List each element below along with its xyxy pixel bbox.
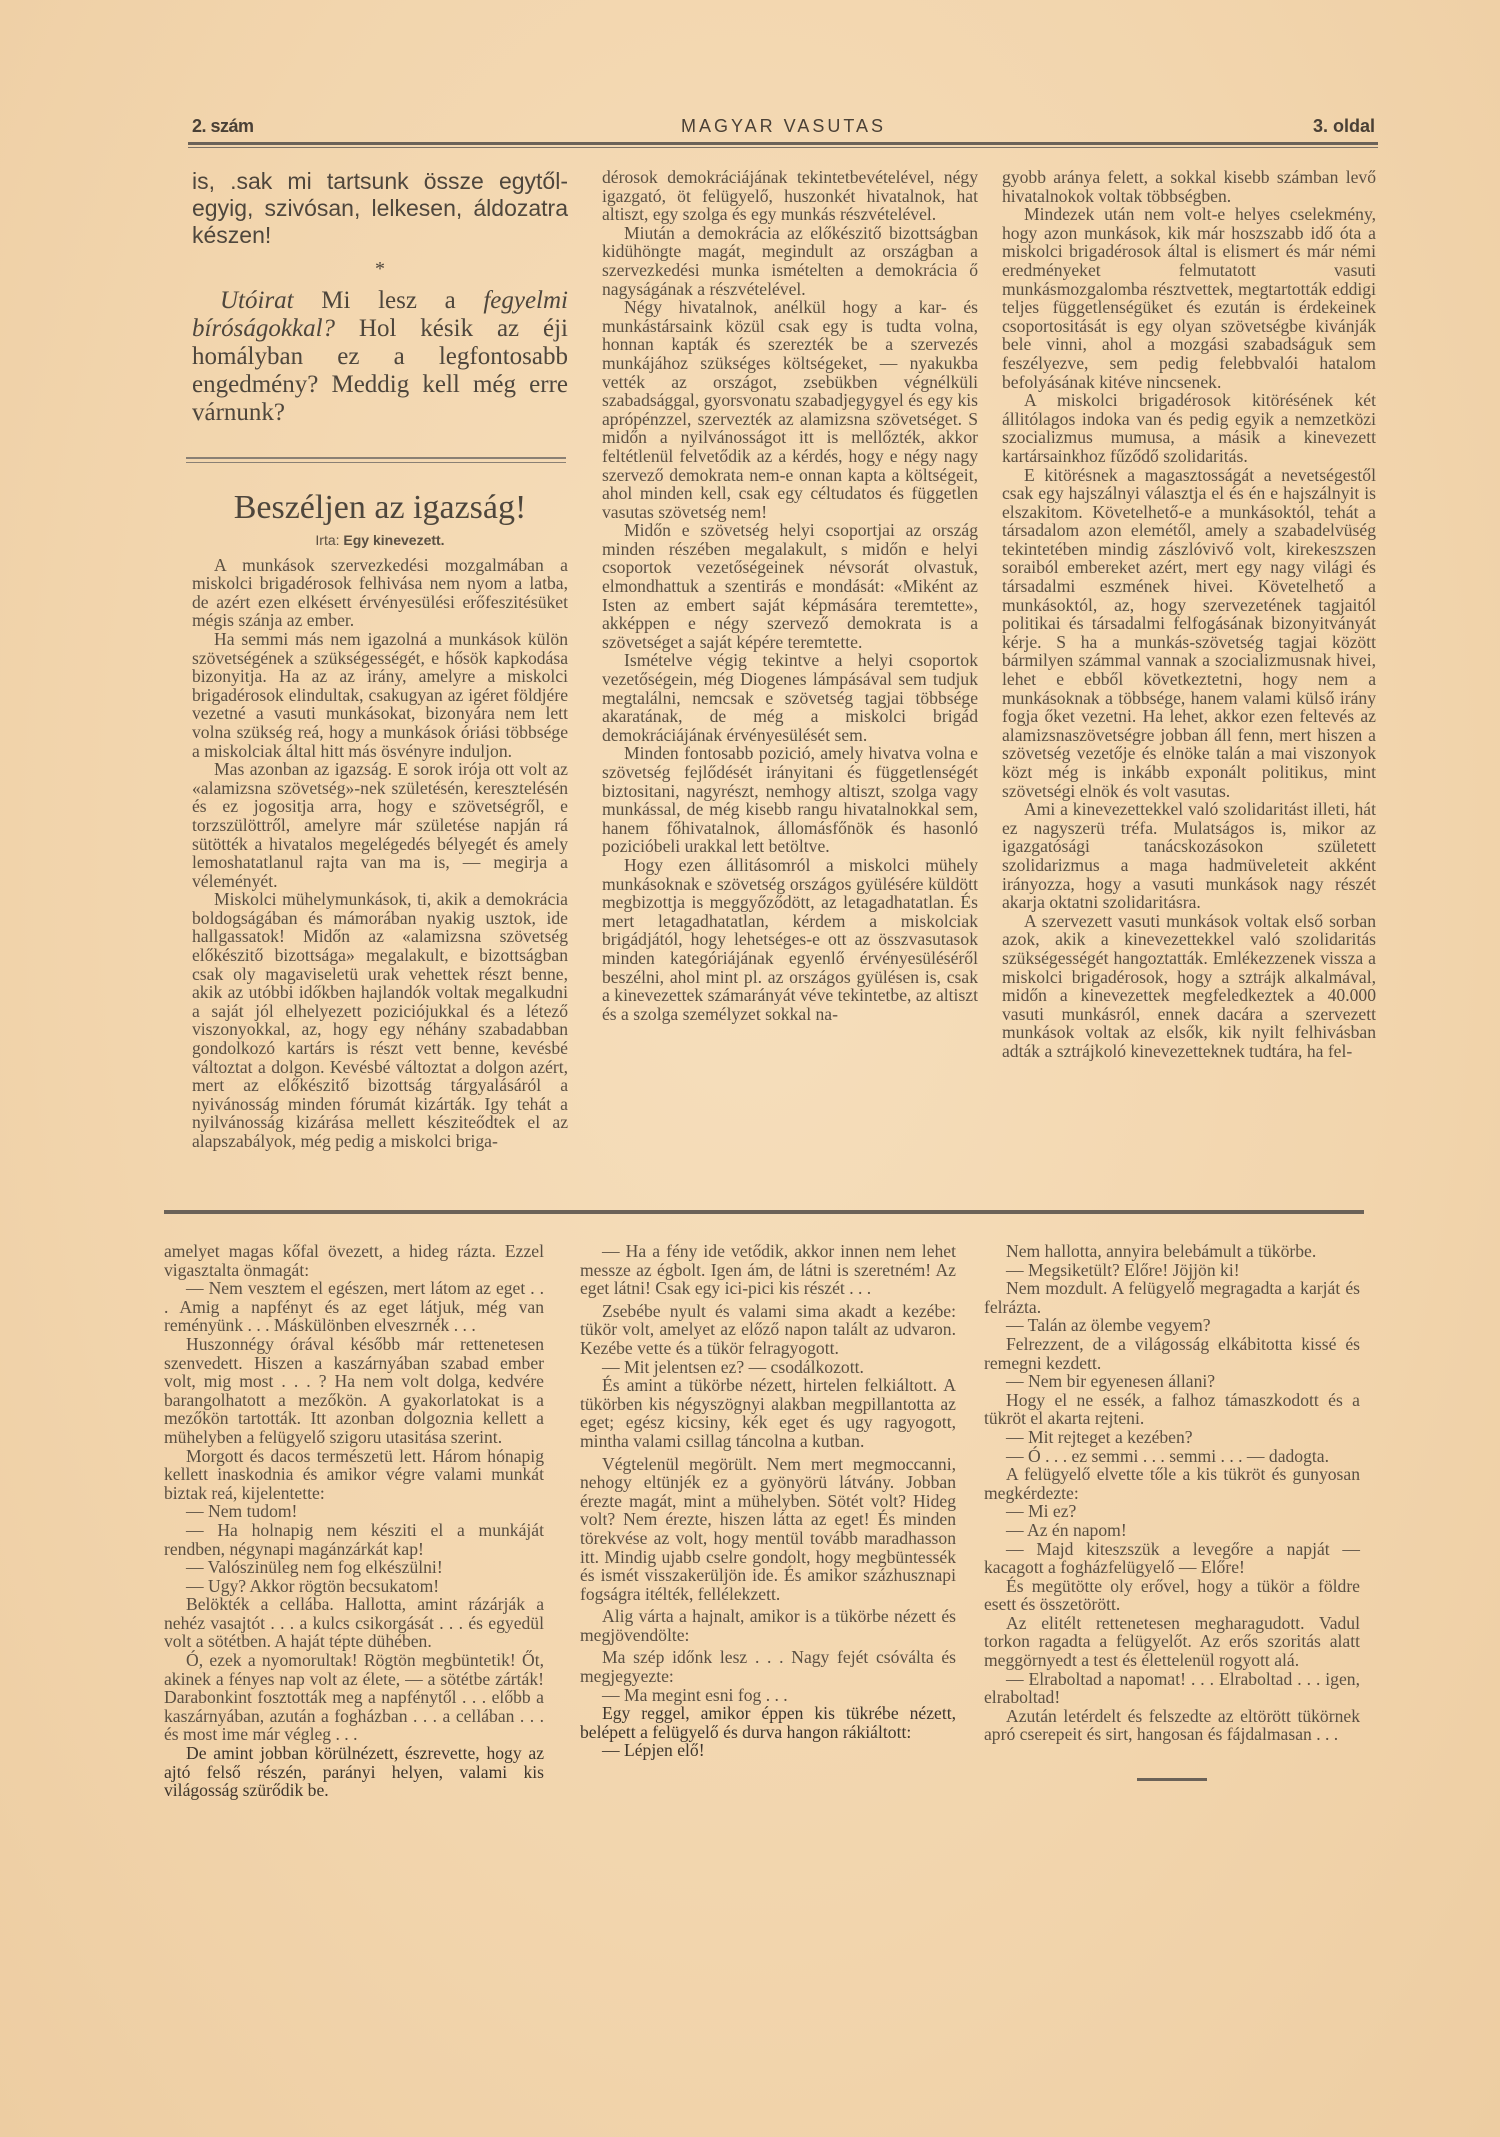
page-number: 3. oldal <box>1313 116 1375 137</box>
story-paragraph: — Mit rejteget a kezében? <box>984 1428 1360 1447</box>
story-paragraph: Nem hallotta, annyira belebámult a tükör… <box>984 1242 1360 1261</box>
paragraph: A munkások szervezkedési mozgalmában a m… <box>192 556 568 630</box>
story-paragraph: — Ma megint esni fog . . . <box>580 1686 956 1705</box>
story-paragraph: — Nem tudom! <box>164 1502 544 1521</box>
story-paragraph: Hogy el ne essék, a falhoz támaszkodott … <box>984 1391 1360 1428</box>
story-paragraph: — Talán az ölembe vegyem? <box>984 1316 1360 1335</box>
postscript-label: Utóirat <box>220 287 294 314</box>
paragraph: Minden fontosabb pozició, amely hivatva … <box>602 744 978 856</box>
byline-author: Egy kinevezett. <box>343 532 444 548</box>
story-paragraph: Egy reggel, amikor éppen kis tükrébe néz… <box>580 1704 956 1741</box>
paragraph: Midőn e szövetség helyi csoportjai az or… <box>602 521 978 651</box>
paragraph: gyobb aránya felett, a sokkal kisebb szá… <box>1002 168 1376 205</box>
story-paragraph: Azután letérdelt és felszedte az eltöröt… <box>984 1707 1360 1744</box>
story-paragraph: Végtelenül megörült. Nem mert megmoccann… <box>580 1455 956 1604</box>
story-column-1: amelyet magas kőfal övezett, a hideg ráz… <box>164 1242 544 1800</box>
byline: Irta: Egy kinevezett. <box>192 531 568 550</box>
previous-article-ending: is, .sak mi tartsunk össze egytől-egyig,… <box>192 168 568 427</box>
story-paragraph: — Nem bir egyenesen állani? <box>984 1372 1360 1391</box>
story-paragraph: — Mit jelentsen ez? — csodálkozott. <box>580 1358 956 1377</box>
story-paragraph: — Mi ez? <box>984 1502 1360 1521</box>
paragraph: E kitörésnek a magasztosságát a nevetség… <box>1002 466 1376 801</box>
story-paragraph: — Az én napom! <box>984 1521 1360 1540</box>
header-rule <box>188 142 1378 148</box>
story-paragraph: Az elitélt rettenetesen megharagudott. V… <box>984 1614 1360 1670</box>
article-body-col1: A munkások szervezkedési mozgalmában a m… <box>192 556 568 1151</box>
column-3: gyobb aránya felett, a sokkal kisebb szá… <box>1002 168 1376 1061</box>
paragraph: Hogy ezen állitásomról a miskolci mühely… <box>602 856 978 1023</box>
column-1: is, .sak mi tartsunk össze egytől-egyig,… <box>192 168 568 1151</box>
story-paragraph: Huszonnégy órával később már rettenetese… <box>164 1335 544 1447</box>
story-paragraph: — Majd kiteszszük a levegőre a napját — … <box>984 1540 1360 1577</box>
paragraph: A szervezett vasuti munkások voltak első… <box>1002 912 1376 1061</box>
story-paragraph: Ma szép időnk lesz . . . Nagy fejét csóv… <box>580 1648 956 1685</box>
paragraph: Négy hivatalnok, anélkül hogy a kar- és … <box>602 298 978 521</box>
running-header: 2. szám MAGYAR VASUTAS 3. oldal <box>192 116 1375 142</box>
story-paragraph: Belökték a cellába. Hallotta, amint rázá… <box>164 1595 544 1651</box>
story-paragraph: — Valószinüleg nem fog elkészülni! <box>164 1558 544 1577</box>
end-rule <box>1137 1778 1207 1781</box>
paragraph: A miskolci brigadérosok kitörésének két … <box>1002 391 1376 465</box>
story-paragraph: — Ó . . . ez semmi . . . semmi . . . — d… <box>984 1447 1360 1466</box>
story-paragraph: — Ugy? Akkor rögtön becsukatom! <box>164 1577 544 1596</box>
story-column-3: Nem hallotta, annyira belebámult a tükör… <box>984 1242 1360 1781</box>
column-2: dérosok demokráciájának tekintetbevételé… <box>602 168 978 1023</box>
story-paragraph: Morgott és dacos természetü lett. Három … <box>164 1447 544 1503</box>
byline-prefix: Irta: <box>315 532 339 548</box>
article-title: Beszéljen az igazság! <box>192 489 568 527</box>
paragraph: Mindezek után nem volt-e helyes cselekmé… <box>1002 205 1376 391</box>
story-paragraph: — Elraboltad a napomat! . . . Elraboltad… <box>984 1670 1360 1707</box>
story-paragraph: Zsebébe nyult és valami sima akadt a kez… <box>580 1302 956 1358</box>
story-paragraph: — Ha a fény ide vetődik, akkor innen nem… <box>580 1242 956 1298</box>
closing-lines: is, .sak mi tartsunk össze egytől-egyig,… <box>192 168 568 249</box>
story-paragraph: Nem mozdult. A felügyelő megragadta a ka… <box>984 1279 1360 1316</box>
story-paragraph: Alig várta a hajnalt, amikor is a tükörb… <box>580 1607 956 1644</box>
postscript: Utóirat Mi lesz a fegyelmi bíróságokkal?… <box>192 287 568 427</box>
story-paragraph: A felügyelő elvette tőle a kis tükröt és… <box>984 1465 1360 1502</box>
feuilleton-rule <box>164 1210 1364 1215</box>
story-paragraph: De amint jobban körülnézett, észrevette,… <box>164 1744 544 1800</box>
paragraph: Ismételve végig tekintve a helyi csoport… <box>602 651 978 744</box>
paragraph: Ha semmi más nem igazolná a munkások kül… <box>192 630 568 760</box>
story-paragraph: — Megsiketült? Előre! Jöjjön ki! <box>984 1261 1360 1280</box>
asterism-icon: * <box>192 255 568 283</box>
paragraph: dérosok demokráciájának tekintetbevételé… <box>602 168 978 224</box>
paragraph: Miskolci mühelymunkások, ti, akik a demo… <box>192 890 568 1150</box>
story-paragraph: amelyet magas kőfal övezett, a hideg ráz… <box>164 1242 544 1279</box>
masthead-title: MAGYAR VASUTAS <box>192 116 1375 137</box>
story-paragraph: És amint a tükörbe nézett, hirtelen felk… <box>580 1376 956 1450</box>
story-paragraph: — Lépjen elő! <box>580 1741 956 1760</box>
story-paragraph: És megütötte oly erővel, hogy a tükör a … <box>984 1577 1360 1614</box>
paragraph: Miután a demokrácia az előkészitő bizott… <box>602 224 978 298</box>
story-paragraph: Ó, ezek a nyomorultak! Rögtön megbünteti… <box>164 1651 544 1744</box>
story-paragraph: Felrezzent, de a világosság elkábitotta … <box>984 1335 1360 1372</box>
story-paragraph: — Nem vesztem el egészen, mert látom az … <box>164 1279 544 1335</box>
paragraph: Ami a kinevezettekkel való szolidaritást… <box>1002 800 1376 912</box>
section-divider <box>186 457 566 463</box>
paragraph: Mas azonban az igazság. E sorok irója ot… <box>192 760 568 890</box>
story-column-2: — Ha a fény ide vetődik, akkor innen nem… <box>580 1242 956 1760</box>
story-paragraph: — Ha holnapig nem késziti el a munkáját … <box>164 1521 544 1558</box>
